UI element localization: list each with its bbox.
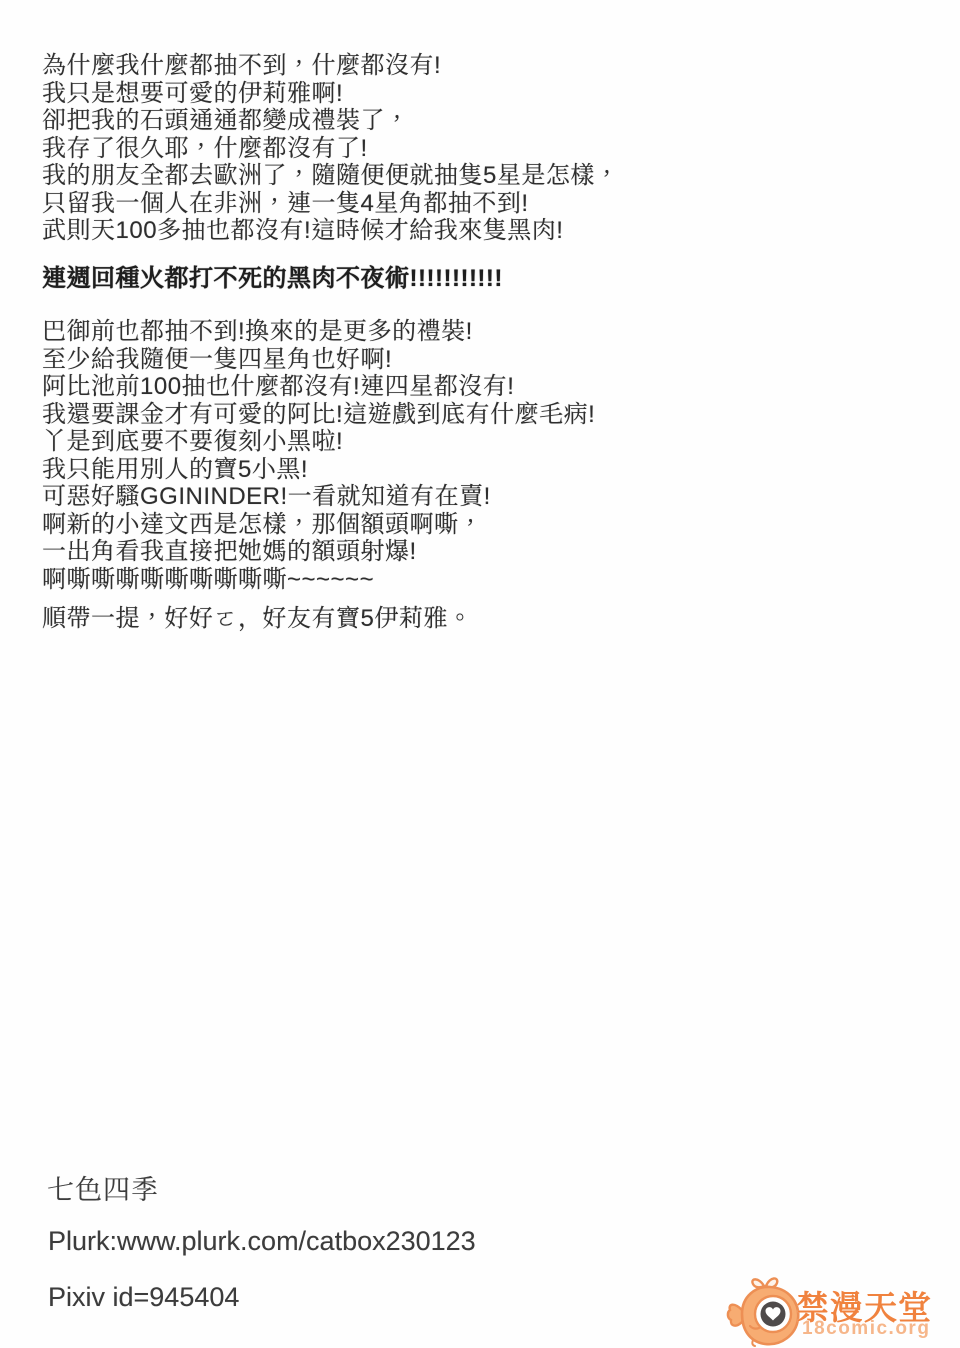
text-line: 我還要課金才有可愛的阿比!這遊戲到底有什麼毛病! [42, 401, 912, 429]
afterword-paragraph-2: 巴御前也都抽不到!換來的是更多的禮裝! 至少給我隨便一隻四星角也好啊! 阿比池前… [42, 318, 912, 593]
afterword-closing-line: 順帶一提，好好ㄛ，好友有寶5伊莉雅。 [42, 605, 912, 633]
text-line: 我只是想要可愛的伊莉雅啊! [42, 80, 912, 108]
text-line: 我存了很久耶，什麼都沒有了! [42, 135, 912, 163]
text-line: 至少給我隨便一隻四星角也好啊! [42, 346, 912, 374]
text-line: 我只能用別人的寶5小黑! [42, 456, 912, 484]
afterword-paragraph-1: 為什麼我什麼都抽不到，什麼都沒有! 我只是想要可愛的伊莉雅啊! 卻把我的石頭通通… [42, 52, 912, 245]
text-line: 武則天100多抽也都沒有!這時候才給我來隻黑肉! [42, 217, 912, 245]
text-line: 卻把我的石頭通通都變成禮裝了， [42, 107, 912, 135]
text-line: 阿比池前100抽也什麼都沒有!連四星都沒有! [42, 373, 912, 401]
circle-name: 七色四季 [47, 1168, 159, 1207]
text-line: 我的朋友全都去歐洲了，隨隨便便就抽隻5星是怎樣， [42, 162, 912, 190]
text-line: 丫是到底要不要復刻小黑啦! [42, 428, 912, 456]
watermark-site-url: 18comic.org [802, 1318, 930, 1340]
afterword-text: 為什麼我什麼都抽不到，什麼都沒有! 我只是想要可愛的伊莉雅啊! 卻把我的石頭通通… [42, 52, 912, 633]
scanned-afterword-page: 為什麼我什麼都抽不到，什麼都沒有! 我只是想要可愛的伊莉雅啊! 卻把我的石頭通通… [0, 0, 960, 1348]
text-line: 一出角看我直接把她媽的額頭射爆! [42, 538, 912, 566]
text-line: 可惡好騷GGININDER!一看就知道有在賣! [42, 483, 912, 511]
site-watermark: 禁漫天堂 18comic.org [700, 1266, 952, 1348]
afterword-shout-line: 連週回種火都打不死的黑肉不夜術!!!!!!!!!!! [42, 265, 912, 293]
pixiv-id: Pixiv id=945404 [48, 1282, 239, 1313]
plurk-url: Plurk:www.plurk.com/catbox230123 [48, 1226, 476, 1257]
text-line: 為什麼我什麼都抽不到，什麼都沒有! [42, 52, 912, 80]
text-line: 只留我一個人在非洲，連一隻4星角都抽不到! [42, 190, 912, 218]
text-line: 啊嘶嘶嘶嘶嘶嘶嘶嘶嘶~~~~~~ [42, 566, 912, 594]
text-line: 巴御前也都抽不到!換來的是更多的禮裝! [42, 318, 912, 346]
text-line: 啊新的小達文西是怎樣，那個額頭啊嘶， [42, 511, 912, 539]
